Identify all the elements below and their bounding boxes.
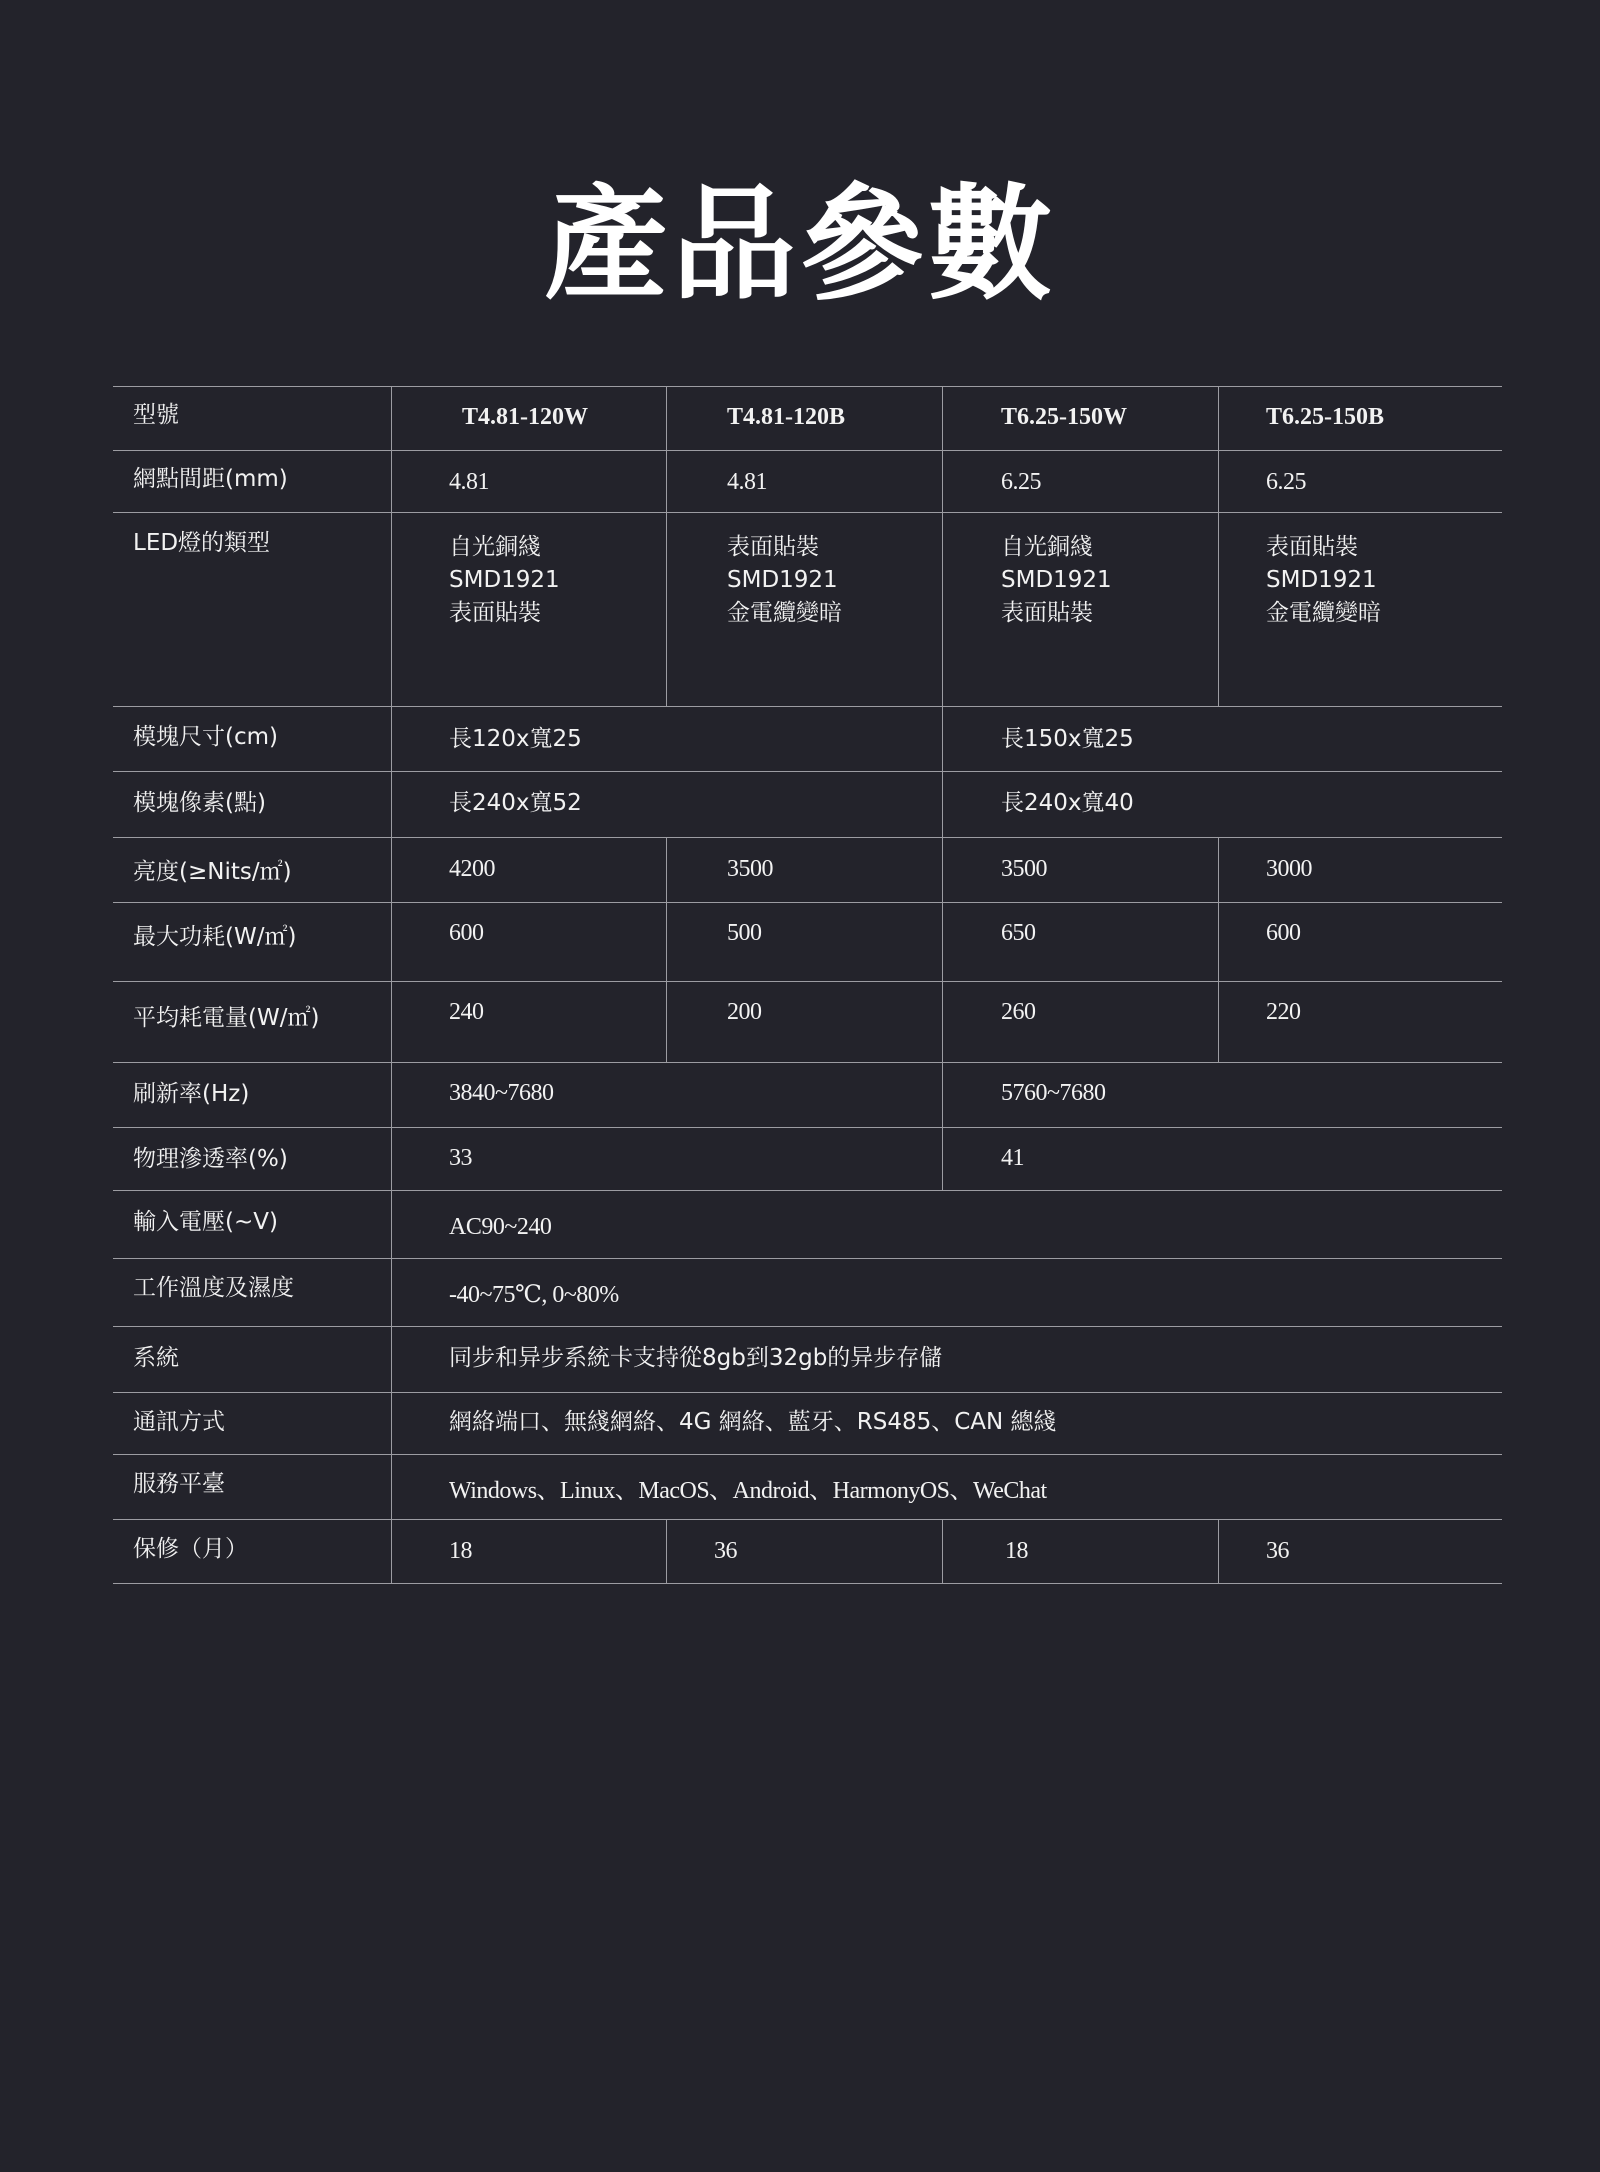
row-label: 型號 <box>113 387 391 450</box>
platforms-value: Windows、Linux、MacOS、Android、HarmonyOS、We… <box>391 1455 1502 1519</box>
row-label: 服務平臺 <box>113 1455 391 1519</box>
row-label: 物理滲透率(%) <box>113 1128 391 1190</box>
row-brightness: 亮度(≥Nits/㎡) 4200 3500 3500 3000 <box>113 837 1502 902</box>
brightness-value: 4200 <box>391 838 666 902</box>
communication-value: 網絡端口、無綫網絡、4G 網絡、藍牙、RS485、CAN 總綫 <box>391 1393 1502 1454</box>
module-pixels-value: 長240x寬52 <box>391 772 942 837</box>
row-warranty: 保修（月） 18 36 18 36 <box>113 1519 1502 1584</box>
row-max-power: 最大功耗(W/㎡) 600 500 650 600 <box>113 902 1502 981</box>
max-power-value: 600 <box>1218 903 1502 981</box>
row-label: 系統 <box>113 1327 391 1392</box>
row-system: 系統 同步和异步系統卡支持從8gb到32gb的异步存儲 <box>113 1326 1502 1392</box>
model-name: T6.25-150B <box>1218 387 1502 450</box>
led-type-value: 表面貼裝 SMD1921 金電纜變暗 <box>1218 513 1502 706</box>
module-pixels-value: 長240x寬40 <box>942 772 1502 837</box>
row-label: 最大功耗(W/㎡) <box>113 903 391 981</box>
max-power-value: 500 <box>666 903 942 981</box>
avg-power-value: 200 <box>666 982 942 1062</box>
model-name: T6.25-150W <box>942 387 1218 450</box>
transparency-value: 41 <box>942 1128 1502 1190</box>
module-size-value: 長120x寬25 <box>391 707 942 771</box>
row-platforms: 服務平臺 Windows、Linux、MacOS、Android、Harmony… <box>113 1454 1502 1519</box>
pitch-value: 6.25 <box>942 451 1218 512</box>
row-module-size: 模塊尺寸(cm) 長120x寬25 長150x寬25 <box>113 706 1502 771</box>
row-refresh-rate: 刷新率(Hz) 3840~7680 5760~7680 <box>113 1062 1502 1127</box>
led-type-value: 自光銅綫 SMD1921 表面貼裝 <box>391 513 666 706</box>
row-label: 模塊尺寸(cm) <box>113 707 391 771</box>
model-name: T4.81-120B <box>666 387 942 450</box>
transparency-value: 33 <box>391 1128 942 1190</box>
model-name: T4.81-120W <box>391 387 666 450</box>
row-label: 模塊像素(點) <box>113 772 391 837</box>
system-value: 同步和异步系統卡支持從8gb到32gb的异步存儲 <box>391 1327 1502 1392</box>
refresh-rate-value: 3840~7680 <box>391 1063 942 1127</box>
row-label: LED燈的類型 <box>113 513 391 706</box>
row-label: 保修（月） <box>113 1520 391 1583</box>
row-label: 工作溫度及濕度 <box>113 1259 391 1326</box>
brightness-value: 3500 <box>666 838 942 902</box>
pitch-value: 4.81 <box>391 451 666 512</box>
led-type-value: 自光銅綫 SMD1921 表面貼裝 <box>942 513 1218 706</box>
warranty-value: 18 <box>391 1520 666 1583</box>
avg-power-value: 260 <box>942 982 1218 1062</box>
page-title: 產品參數 <box>0 160 1600 330</box>
avg-power-value: 240 <box>391 982 666 1062</box>
pitch-value: 4.81 <box>666 451 942 512</box>
row-operating-env: 工作溫度及濕度 -40~75℃, 0~80% <box>113 1258 1502 1326</box>
row-communication: 通訊方式 網絡端口、無綫網絡、4G 網絡、藍牙、RS485、CAN 總綫 <box>113 1392 1502 1454</box>
row-module-pixels: 模塊像素(點) 長240x寬52 長240x寬40 <box>113 771 1502 837</box>
row-label: 亮度(≥Nits/㎡) <box>113 838 391 902</box>
operating-env-value: -40~75℃, 0~80% <box>391 1259 1502 1326</box>
row-label: 平均耗電量(W/㎡) <box>113 982 391 1062</box>
max-power-value: 650 <box>942 903 1218 981</box>
row-label: 刷新率(Hz) <box>113 1063 391 1127</box>
avg-power-value: 220 <box>1218 982 1502 1062</box>
row-label: 網點間距(mm) <box>113 451 391 512</box>
row-model: 型號 T4.81-120W T4.81-120B T6.25-150W T6.2… <box>113 386 1502 450</box>
row-pitch: 網點間距(mm) 4.81 4.81 6.25 6.25 <box>113 450 1502 512</box>
brightness-value: 3000 <box>1218 838 1502 902</box>
row-label: 通訊方式 <box>113 1393 391 1454</box>
warranty-value: 36 <box>1218 1520 1502 1583</box>
spec-table: 型號 T4.81-120W T4.81-120B T6.25-150W T6.2… <box>113 386 1502 1584</box>
input-voltage-value: AC90~240 <box>391 1191 1502 1258</box>
row-transparency: 物理滲透率(%) 33 41 <box>113 1127 1502 1190</box>
brightness-value: 3500 <box>942 838 1218 902</box>
module-size-value: 長150x寬25 <box>942 707 1502 771</box>
row-input-voltage: 輸入電壓(~V) AC90~240 <box>113 1190 1502 1258</box>
pitch-value: 6.25 <box>1218 451 1502 512</box>
warranty-value: 36 <box>666 1520 942 1583</box>
led-type-value: 表面貼裝 SMD1921 金電纜變暗 <box>666 513 942 706</box>
row-avg-power: 平均耗電量(W/㎡) 240 200 260 220 <box>113 981 1502 1062</box>
refresh-rate-value: 5760~7680 <box>942 1063 1502 1127</box>
row-led-type: LED燈的類型 自光銅綫 SMD1921 表面貼裝 表面貼裝 SMD1921 金… <box>113 512 1502 706</box>
max-power-value: 600 <box>391 903 666 981</box>
warranty-value: 18 <box>942 1520 1218 1583</box>
row-label: 輸入電壓(~V) <box>113 1191 391 1258</box>
